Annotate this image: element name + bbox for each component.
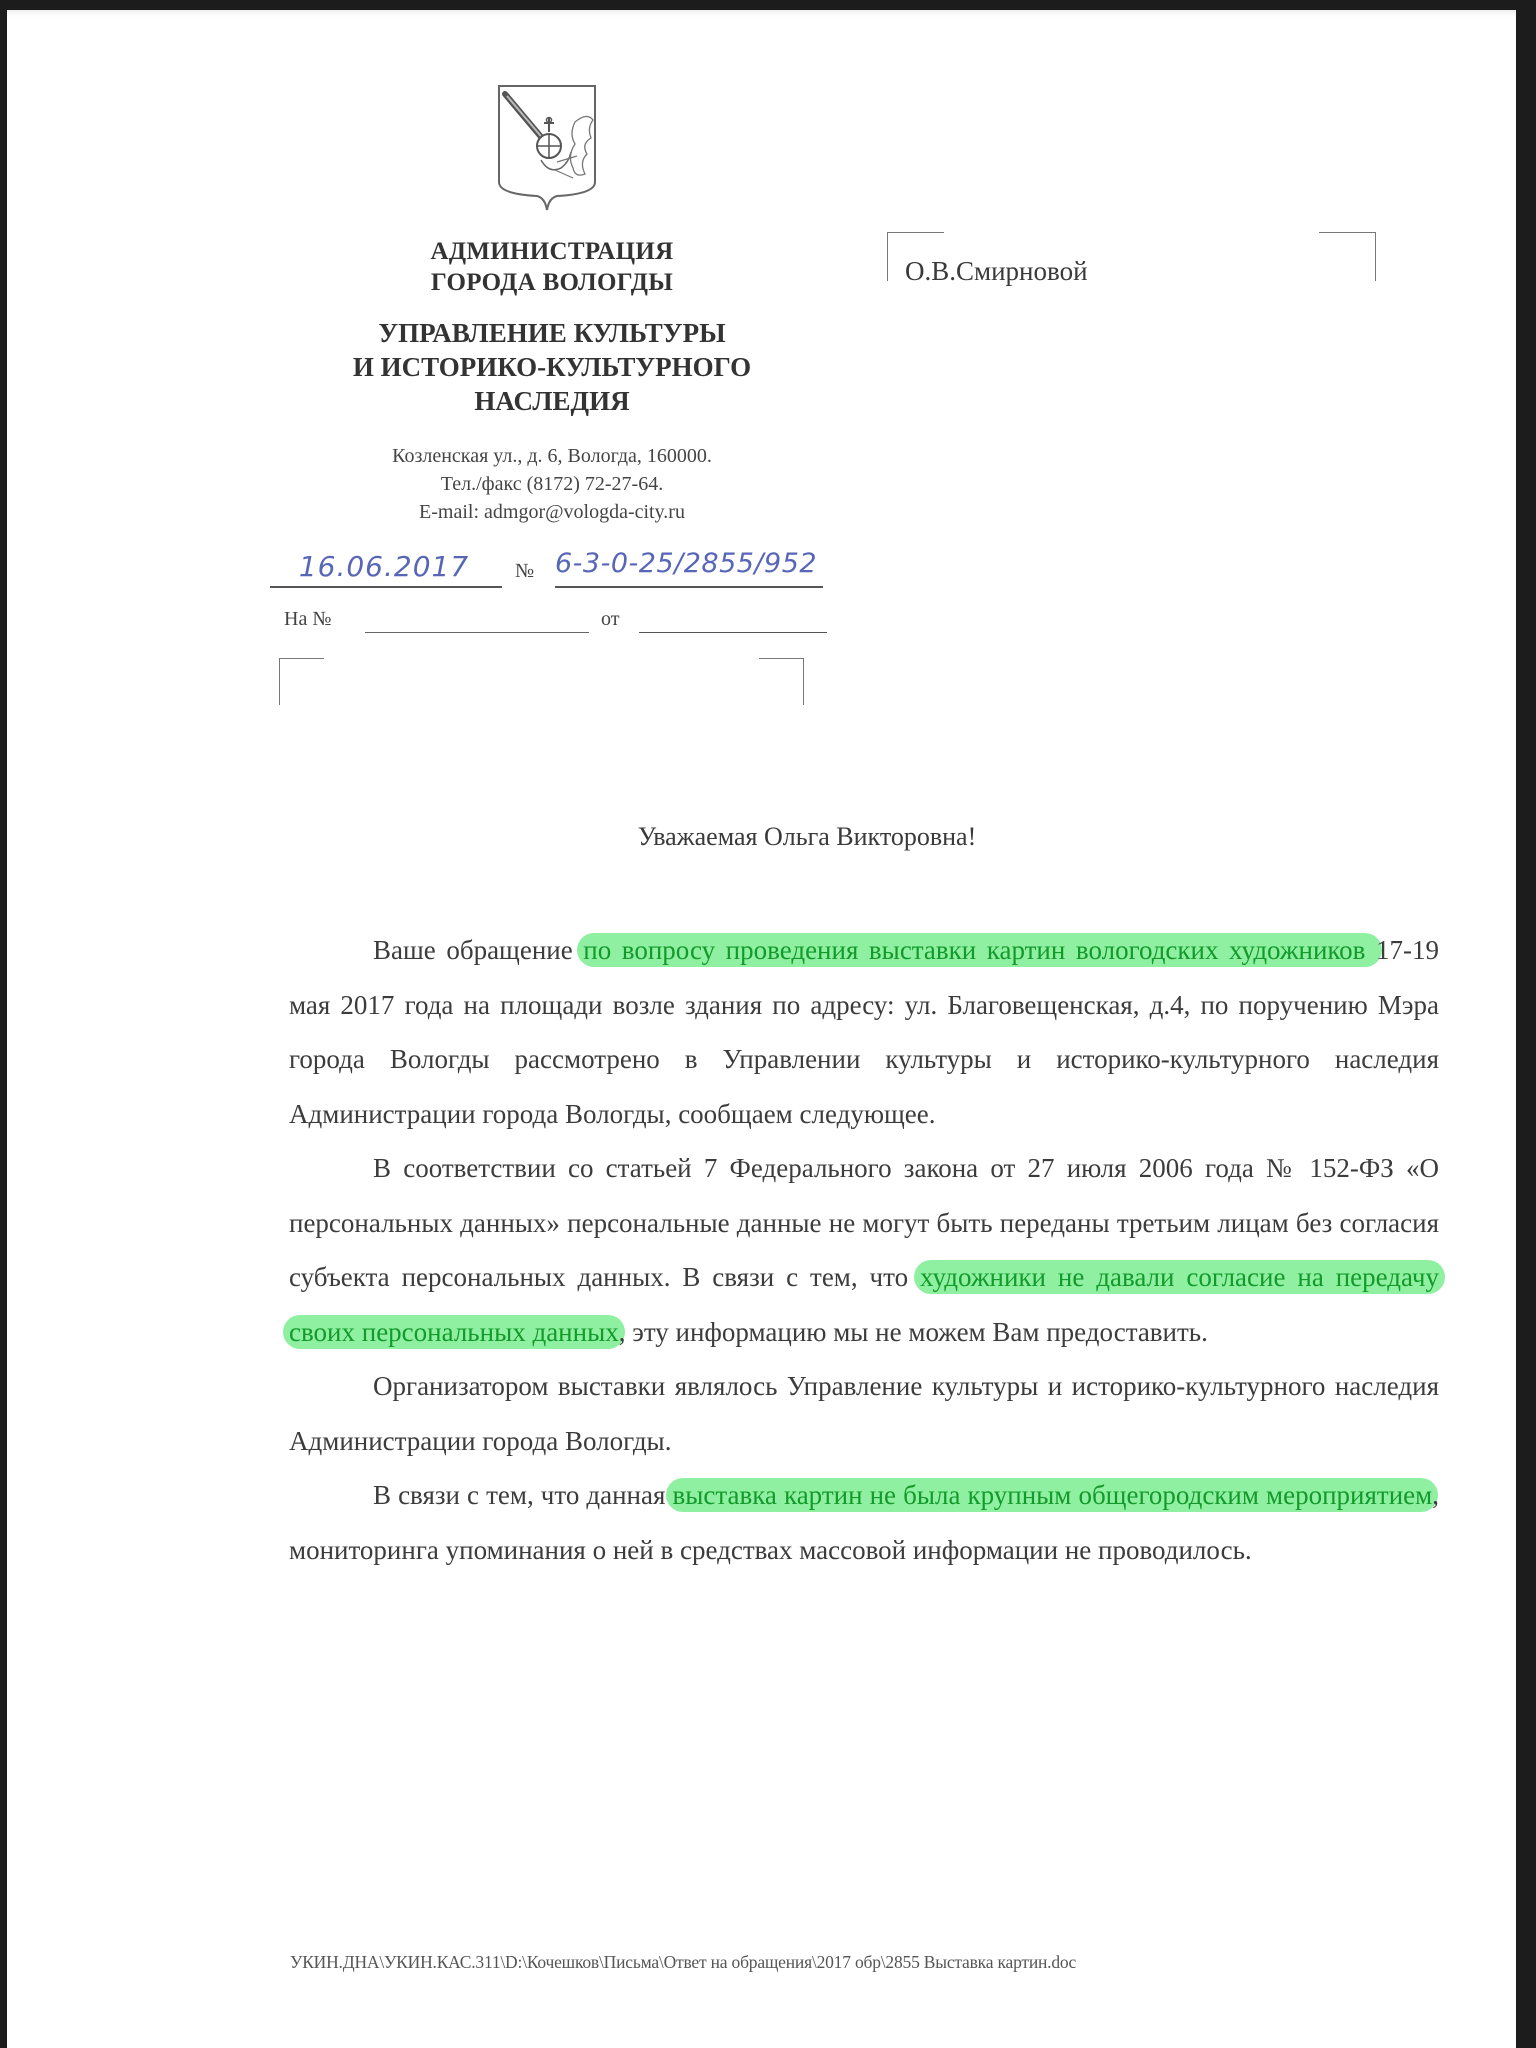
- date-underline: [270, 586, 502, 588]
- registration-date: 16.06.2017: [269, 550, 499, 583]
- address: Козленская ул., д. 6, Вологда, 160000.: [317, 442, 787, 470]
- registration-number: 6-3-0-25/2855/952: [555, 548, 875, 579]
- department-name: УПРАВЛЕНИЕ КУЛЬТУРЫ И ИСТОРИКО-КУЛЬТУРНО…: [292, 316, 812, 418]
- dept-line-3: НАСЛЕДИЯ: [292, 384, 812, 418]
- highlighted-text: выставка картин не была крупным общегоро…: [666, 1478, 1438, 1512]
- vologda-coat-of-arms-icon: [495, 82, 599, 214]
- addressee-name: О.В.Смирновой: [905, 256, 1088, 287]
- paragraph: В связи с тем, что данная выставка карти…: [289, 1468, 1439, 1577]
- contact-info: Козленская ул., д. 6, Вологда, 160000. Т…: [317, 442, 787, 526]
- reply-to-field: [365, 632, 589, 633]
- text-segment: Организатором выставки являлось Управлен…: [289, 1371, 1439, 1456]
- number-sign: №: [515, 560, 534, 583]
- text-segment: Ваше обращение: [373, 935, 583, 965]
- admin-line-2: ГОРОДА ВОЛОГДЫ: [337, 267, 767, 298]
- reply-to-label: На №: [284, 608, 331, 631]
- paragraph: В соответствии со статьей 7 Федерального…: [289, 1141, 1439, 1359]
- highlighted-text: по вопросу проведения выставки картин во…: [577, 933, 1382, 967]
- email: E-mail: admgor@vologda-city.ru: [317, 498, 787, 526]
- paragraph: Организатором выставки являлось Управлен…: [289, 1359, 1439, 1468]
- file-path-footer: УКИН.ДНА\УКИН.КАС.311\D:\Кочешков\Письма…: [290, 1952, 1076, 1973]
- letter-body: Ваше обращение по вопросу проведения выс…: [289, 923, 1439, 1577]
- organization-name: АДМИНИСТРАЦИЯ ГОРОДА ВОЛОГДЫ: [337, 236, 767, 298]
- corner-bracket-tl: [279, 658, 324, 705]
- dept-line-1: УПРАВЛЕНИЕ КУЛЬТУРЫ: [292, 316, 812, 350]
- document-page: АДМИНИСТРАЦИЯ ГОРОДА ВОЛОГДЫ УПРАВЛЕНИЕ …: [7, 10, 1516, 2048]
- salutation: Уважаемая Ольга Викторовна!: [547, 822, 1067, 852]
- from-field: [639, 632, 827, 633]
- dept-line-2: И ИСТОРИКО-КУЛЬТУРНОГО: [292, 350, 812, 384]
- number-underline: [555, 586, 823, 588]
- text-segment: В связи с тем, что данная: [373, 1480, 672, 1510]
- text-segment: , эту информацию мы не можем Вам предост…: [619, 1317, 1208, 1347]
- admin-line-1: АДМИНИСТРАЦИЯ: [337, 236, 767, 267]
- from-label: от: [601, 608, 619, 631]
- phone: Тел./факс (8172) 72-27-64.: [317, 470, 787, 498]
- corner-bracket-tr: [759, 658, 804, 705]
- paragraph: Ваше обращение по вопросу проведения выс…: [289, 923, 1439, 1141]
- corner-bracket-tr: [1319, 232, 1376, 281]
